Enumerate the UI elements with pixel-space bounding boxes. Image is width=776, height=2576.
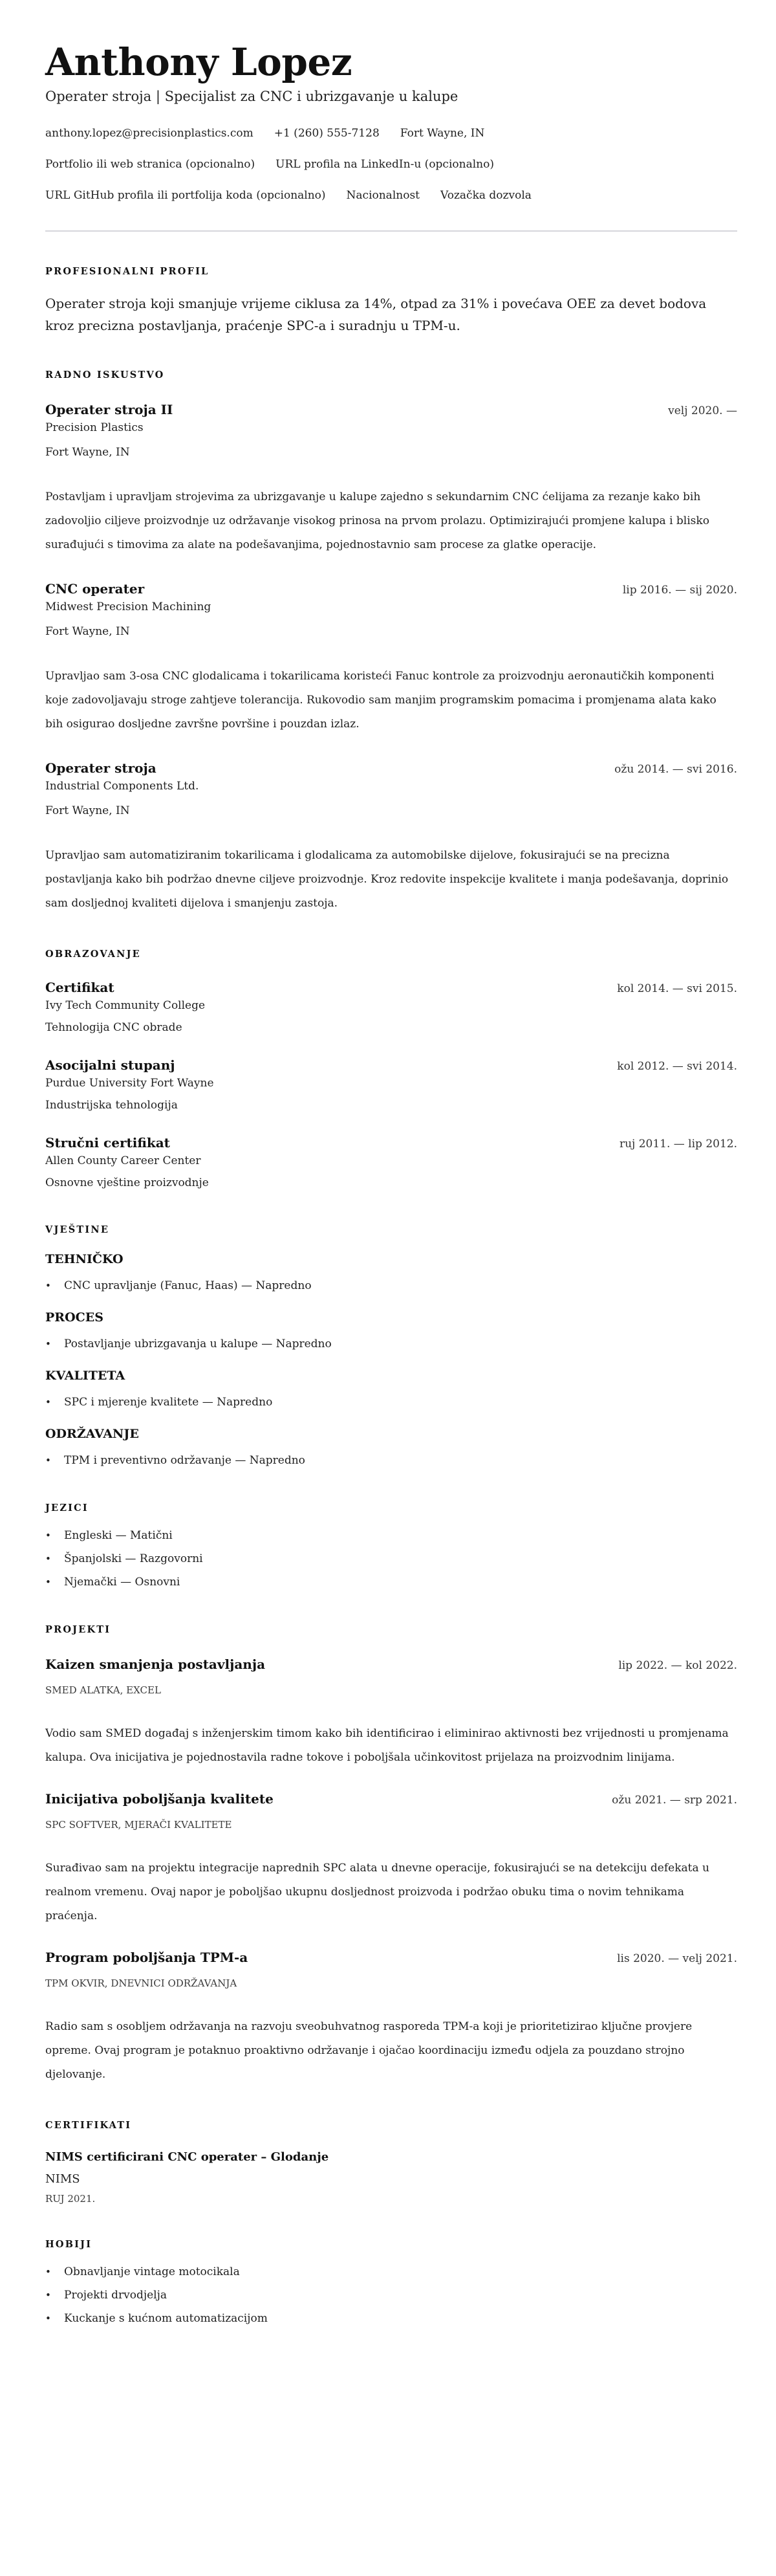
skill-group: TEHNIČKO CNC upravljanje (Fanuc, Haas) —… [45, 1251, 737, 1295]
job-title: Operater stroja [45, 758, 156, 778]
skill-item: CNC upravljanje (Fanuc, Haas) — Napredno [45, 1277, 737, 1295]
section-title: Profesionalni profil [45, 265, 737, 278]
resume-page: Anthony Lopez Operater stroja | Specijal… [0, 0, 776, 2372]
language-item: Španjolski — Razgovorni [45, 1550, 737, 1568]
education-dates: kol 2012. — svi 2014. [617, 1059, 737, 1074]
contact-linkedin[interactable]: URL profila na LinkedIn-u (opcionalno) [275, 157, 494, 172]
job-dates: lip 2016. — sij 2020. [623, 582, 737, 598]
project-entry: Kaizen smanjenja postavljanja lip 2022. … [45, 1655, 737, 1770]
projects-section: Projekti Kaizen smanjenja postavljanja l… [45, 1624, 737, 2087]
job-location: Fort Wayne, IN [45, 444, 737, 461]
candidate-name: Anthony Lopez [45, 38, 737, 87]
candidate-headline: Operater stroja | Specijalist za CNC i u… [45, 87, 737, 106]
degree-title: Stručni certifikat [45, 1133, 170, 1152]
skill-item: SPC i mjerenje kvalitete — Napredno [45, 1393, 737, 1411]
experience-entry: Operater stroja ožu 2014. — svi 2016. In… [45, 758, 737, 916]
project-tech: SMED alatka, Excel [45, 1683, 737, 1697]
section-title: Hobiji [45, 2238, 737, 2251]
project-tech: TPM okvir, dnevnici održavanja [45, 1976, 737, 1990]
skill-group-title: ODRŽAVANJE [45, 1426, 737, 1442]
school-name: Purdue University Fort Wayne [45, 1075, 737, 1092]
project-dates: lis 2020. — velj 2021. [617, 1951, 737, 1966]
section-title: Projekti [45, 1624, 737, 1636]
job-description: Upravljao sam automatiziranim tokarilica… [45, 844, 737, 916]
job-company: Precision Plastics [45, 419, 737, 436]
job-company: Midwest Precision Machining [45, 599, 737, 615]
language-item: Engleski — Matični [45, 1526, 737, 1545]
job-title: Operater stroja II [45, 400, 173, 419]
languages-list: Engleski — Matični Španjolski — Razgovor… [45, 1526, 737, 1591]
contact-row: URL GitHub profila ili portfolija koda (… [45, 188, 737, 203]
hobbies-section: Hobiji Obnavljanje vintage motocikala Pr… [45, 2238, 737, 2328]
field-of-study: Tehnologija CNC obrade [45, 1019, 737, 1036]
language-item: Njemački — Osnovni [45, 1573, 737, 1591]
degree-title: Certifikat [45, 978, 114, 997]
section-title: Radno iskustvo [45, 369, 737, 382]
languages-section: Jezici Engleski — Matični Španjolski — R… [45, 1502, 737, 1591]
project-description: Radio sam s osobljem održavanja na razvo… [45, 2015, 737, 2087]
contact-phone[interactable]: +1 (260) 555-7128 [274, 126, 380, 141]
contact-row: Portfolio ili web stranica (opcionalno) … [45, 157, 737, 172]
profile-summary: Operater stroja koji smanjuje vrijeme ci… [45, 292, 737, 336]
contact-location: Fort Wayne, IN [400, 126, 485, 141]
experience-entry: CNC operater lip 2016. — sij 2020. Midwe… [45, 579, 737, 736]
section-title: Certifikati [45, 2119, 737, 2132]
project-title: Inicijativa poboljšanja kvalitete [45, 1789, 274, 1809]
certificate-title: NIMS certificirani CNC operater – Glodan… [45, 2149, 737, 2166]
hobbies-list: Obnavljanje vintage motocikala Projekti … [45, 2263, 737, 2328]
school-name: Ivy Tech Community College [45, 997, 737, 1014]
project-entry: Program poboljšanja TPM-a lis 2020. — ve… [45, 1948, 737, 2087]
skills-section: Vještine TEHNIČKO CNC upravljanje (Fanuc… [45, 1224, 737, 1470]
project-title: Kaizen smanjenja postavljanja [45, 1655, 265, 1674]
contact-row: anthony.lopez@precisionplastics.com +1 (… [45, 126, 737, 141]
profile-section: Profesionalni profil Operater stroja koj… [45, 265, 737, 336]
project-entry: Inicijativa poboljšanja kvalitete ožu 20… [45, 1789, 737, 1928]
section-title: Vještine [45, 1224, 737, 1237]
job-location: Fort Wayne, IN [45, 623, 737, 640]
section-title: Obrazovanje [45, 948, 737, 961]
project-dates: ožu 2021. — srp 2021. [612, 1792, 737, 1808]
hobby-item: Obnavljanje vintage motocikala [45, 2263, 737, 2281]
contact-drivers-license: Vozačka dozvola [440, 188, 532, 203]
job-title: CNC operater [45, 579, 144, 599]
job-dates: ožu 2014. — svi 2016. [614, 762, 737, 777]
experience-entry: Operater stroja II velj 2020. — Precisio… [45, 400, 737, 557]
project-dates: lip 2022. — kol 2022. [618, 1658, 737, 1673]
contact-github[interactable]: URL GitHub profila ili portfolija koda (… [45, 188, 326, 203]
job-location: Fort Wayne, IN [45, 802, 737, 819]
skill-group-title: PROCES [45, 1309, 737, 1326]
skill-group-title: KVALITETA [45, 1367, 737, 1384]
project-tech: SPC softver, mjerači kvalitete [45, 1818, 737, 1832]
hobby-item: Projekti drvodjelja [45, 2286, 737, 2304]
certificate-issuer: NIMS [45, 2171, 737, 2188]
project-description: Vodio sam SMED događaj s inženjerskim ti… [45, 1722, 737, 1770]
contact-nationality: Nacionalnost [347, 188, 420, 203]
skill-group: PROCES Postavljanje ubrizgavanja u kalup… [45, 1309, 737, 1353]
skill-group: KVALITETA SPC i mjerenje kvalitete — Nap… [45, 1367, 737, 1411]
job-company: Industrial Components Ltd. [45, 778, 737, 795]
skill-item: Postavljanje ubrizgavanja u kalupe — Nap… [45, 1335, 737, 1353]
hobby-item: Kuckanje s kućnom automatizacijom [45, 2309, 737, 2328]
section-title: Jezici [45, 1502, 737, 1515]
certificate-entry: NIMS certificirani CNC operater – Glodan… [45, 2149, 737, 2206]
education-dates: ruj 2011. — lip 2012. [620, 1136, 737, 1152]
education-entry: Certifikat kol 2014. — svi 2015. Ivy Tec… [45, 978, 737, 1036]
education-section: Obrazovanje Certifikat kol 2014. — svi 2… [45, 948, 737, 1191]
project-description: Surađivao sam na projektu integracije na… [45, 1856, 737, 1928]
education-entry: Asocijalni stupanj kol 2012. — svi 2014.… [45, 1055, 737, 1114]
skill-item: TPM i preventivno održavanje — Napredno [45, 1451, 737, 1470]
contact-email[interactable]: anthony.lopez@precisionplastics.com [45, 126, 253, 141]
education-dates: kol 2014. — svi 2015. [617, 981, 737, 996]
experience-section: Radno iskustvo Operater stroja II velj 2… [45, 369, 737, 916]
job-description: Upravljao sam 3-osa CNC glodalicama i to… [45, 665, 737, 736]
job-dates: velj 2020. — [668, 403, 737, 419]
field-of-study: Osnovne vještine proizvodnje [45, 1174, 737, 1191]
job-description: Postavljam i upravljam strojevima za ubr… [45, 485, 737, 557]
field-of-study: Industrijska tehnologija [45, 1097, 737, 1114]
skill-group-title: TEHNIČKO [45, 1251, 737, 1268]
education-entry: Stručni certifikat ruj 2011. — lip 2012.… [45, 1133, 737, 1191]
project-title: Program poboljšanja TPM-a [45, 1948, 248, 1967]
degree-title: Asocijalni stupanj [45, 1055, 175, 1075]
certificates-section: Certifikati NIMS certificirani CNC opera… [45, 2119, 737, 2206]
skill-group: ODRŽAVANJE TPM i preventivno održavanje … [45, 1426, 737, 1470]
contact-portfolio[interactable]: Portfolio ili web stranica (opcionalno) [45, 157, 255, 172]
school-name: Allen County Career Center [45, 1152, 737, 1169]
resume-header: Anthony Lopez Operater stroja | Specijal… [45, 38, 737, 232]
header-divider [45, 230, 737, 232]
certificate-date: ruj 2021. [45, 2192, 737, 2206]
